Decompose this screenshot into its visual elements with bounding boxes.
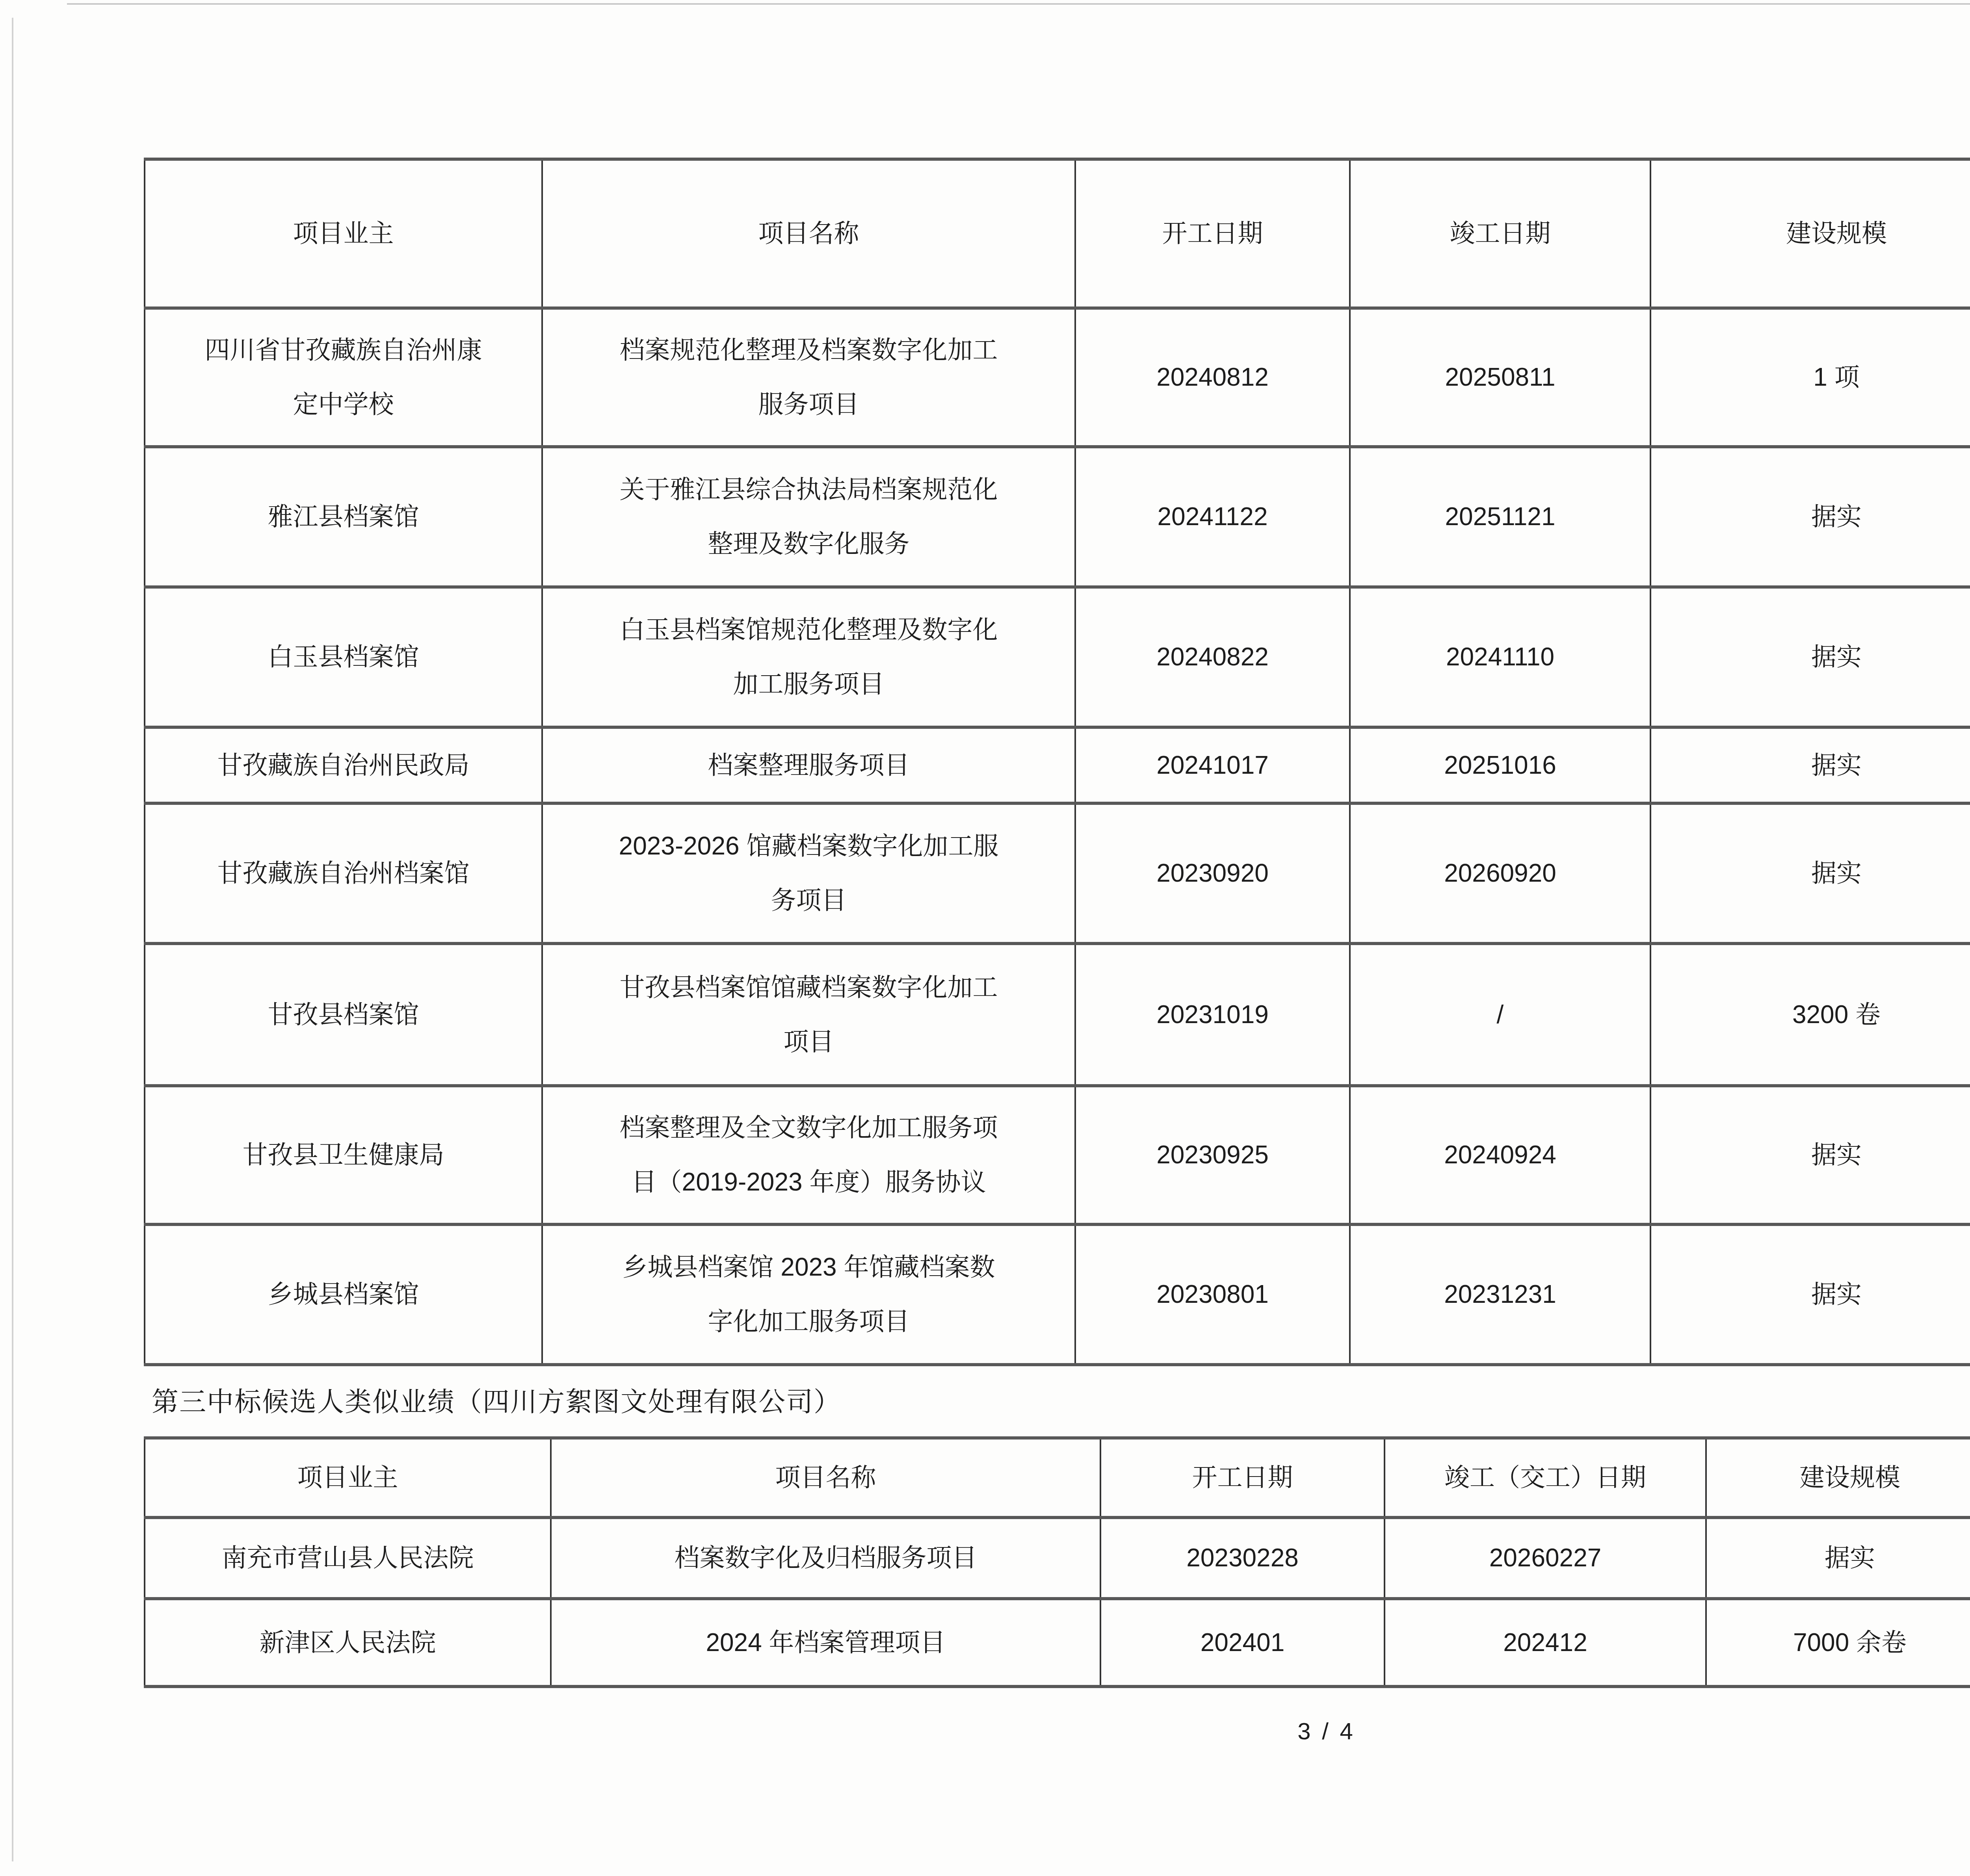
table-row: 四川省甘孜藏族自治州康 定中学校档案规范化整理及档案数字化加工 服务项目2024… — [145, 308, 1970, 447]
column-header: 开工日期 — [1100, 1438, 1385, 1518]
column-header: 建设规模 — [1650, 159, 1970, 308]
table-cell-scale: 据实 — [1650, 1086, 1970, 1224]
table-cell-scale: 据实 — [1650, 587, 1970, 727]
section-title: 第三中标候选人类似业绩（四川方絮图文处理有限公司） — [152, 1364, 1970, 1436]
table2-head: 项目业主项目名称开工日期竣工（交工）日期建设规模合同价格（元）项目负责人 — [145, 1438, 1970, 1518]
table-cell-owner: 白玉县档案馆 — [145, 587, 542, 727]
table-row: 南充市营山县人民法院档案数字化及归档服务项目2023022820260227据实… — [145, 1518, 1970, 1599]
table-row: 甘孜藏族自治州档案馆2023-2026 馆藏档案数字化加工服 务项目202309… — [145, 803, 1970, 944]
table-cell-finish: 20250811 — [1350, 308, 1650, 447]
table-cell-finish: 20260920 — [1350, 803, 1650, 944]
table-cell-scale: 据实 — [1650, 803, 1970, 944]
table-cell-scale: 1 项 — [1650, 308, 1970, 447]
table-cell-start: 20230228 — [1100, 1518, 1385, 1599]
table-cell-name: 白玉县档案馆规范化整理及数字化 加工服务项目 — [542, 587, 1075, 727]
table-cell-name: 关于雅江县综合执法局档案规范化 整理及数字化服务 — [542, 447, 1075, 587]
table-header-row: 项目业主项目名称开工日期竣工（交工）日期建设规模合同价格（元）项目负责人 — [145, 1438, 1970, 1518]
table-cell-name: 档案数字化及归档服务项目 — [551, 1518, 1100, 1599]
table-cell-scale: 据实 — [1706, 1518, 1970, 1599]
table-cell-scale: 据实 — [1650, 1224, 1970, 1365]
table-cell-owner: 甘孜县卫生健康局 — [145, 1086, 542, 1224]
table-cell-name: 2024 年档案管理项目 — [551, 1599, 1100, 1687]
table1-body: 四川省甘孜藏族自治州康 定中学校档案规范化整理及档案数字化加工 服务项目2024… — [145, 308, 1970, 1365]
page-number: 3 / 4 — [0, 1718, 1970, 1745]
table-row: 甘孜县卫生健康局档案整理及全文数字化加工服务项 目（2019-2023 年度）服… — [145, 1086, 1970, 1224]
table-cell-finish: 20231231 — [1350, 1224, 1650, 1365]
table-cell-owner: 乡城县档案馆 — [145, 1224, 542, 1365]
table-cell-start: 20231019 — [1075, 944, 1350, 1086]
table-cell-finish: / — [1350, 944, 1650, 1086]
table-cell-owner: 甘孜藏族自治州档案馆 — [145, 803, 542, 944]
table-cell-scale: 据实 — [1650, 727, 1970, 803]
table-cell-scale: 3200 卷 — [1650, 944, 1970, 1086]
table-row: 白玉县档案馆白玉县档案馆规范化整理及数字化 加工服务项目202408222024… — [145, 587, 1970, 727]
table-cell-scale: 据实 — [1650, 447, 1970, 587]
table-cell-start: 20241017 — [1075, 727, 1350, 803]
table-cell-owner: 新津区人民法院 — [145, 1599, 551, 1687]
column-header: 项目名称 — [551, 1438, 1100, 1518]
column-header: 竣工日期 — [1350, 159, 1650, 308]
table1-head: 项目业主项目名称开工日期竣工日期建设规模合同价格 （元）项目负责人 — [145, 159, 1970, 308]
table-row: 新津区人民法院2024 年档案管理项目2024012024127000 余卷74… — [145, 1599, 1970, 1687]
table-cell-name: 档案规范化整理及档案数字化加工 服务项目 — [542, 308, 1075, 447]
table-cell-name: 乡城县档案馆 2023 年馆藏档案数 字化加工服务项目 — [542, 1224, 1075, 1365]
scan-artifact-top-line — [67, 3, 1970, 5]
table-row: 雅江县档案馆关于雅江县综合执法局档案规范化 整理及数字化服务2024112220… — [145, 447, 1970, 587]
column-header: 竣工（交工）日期 — [1385, 1438, 1706, 1518]
experience-table-first: 项目业主项目名称开工日期竣工日期建设规模合同价格 （元）项目负责人 四川省甘孜藏… — [144, 158, 1970, 1366]
table-cell-start: 20230925 — [1075, 1086, 1350, 1224]
table-cell-finish: 20241110 — [1350, 587, 1650, 727]
column-header: 建设规模 — [1706, 1438, 1970, 1518]
table-cell-finish: 20251016 — [1350, 727, 1650, 803]
table-cell-owner: 南充市营山县人民法院 — [145, 1518, 551, 1599]
table-row: 甘孜县档案馆甘孜县档案馆馆藏档案数字化加工 项目20231019/3200 卷3… — [145, 944, 1970, 1086]
table-cell-name: 档案整理服务项目 — [542, 727, 1075, 803]
table-cell-owner: 雅江县档案馆 — [145, 447, 542, 587]
column-header: 项目业主 — [145, 159, 542, 308]
table-cell-finish: 20260227 — [1385, 1518, 1706, 1599]
table-cell-name: 甘孜县档案馆馆藏档案数字化加工 项目 — [542, 944, 1075, 1086]
table-cell-finish: 20251121 — [1350, 447, 1650, 587]
table2-body: 南充市营山县人民法院档案数字化及归档服务项目2023022820260227据实… — [145, 1518, 1970, 1687]
table-row: 甘孜藏族自治州民政局档案整理服务项目2024101720251016据实据实结算 — [145, 727, 1970, 803]
scan-artifact-left-line — [12, 18, 13, 1861]
table-cell-scale: 7000 余卷 — [1706, 1599, 1970, 1687]
column-header: 项目名称 — [542, 159, 1075, 308]
table-cell-owner: 甘孜藏族自治州民政局 — [145, 727, 542, 803]
scanned-document-page: 项目业主项目名称开工日期竣工日期建设规模合同价格 （元）项目负责人 四川省甘孜藏… — [0, 0, 1970, 1876]
table-cell-finish: 202412 — [1385, 1599, 1706, 1687]
table-cell-start: 20240812 — [1075, 308, 1350, 447]
table-cell-name: 2023-2026 馆藏档案数字化加工服 务项目 — [542, 803, 1075, 944]
table-cell-start: 20230801 — [1075, 1224, 1350, 1365]
table-cell-start: 20230920 — [1075, 803, 1350, 944]
table-cell-name: 档案整理及全文数字化加工服务项 目（2019-2023 年度）服务协议 — [542, 1086, 1075, 1224]
experience-table-second: 项目业主项目名称开工日期竣工（交工）日期建设规模合同价格（元）项目负责人 南充市… — [144, 1436, 1970, 1688]
column-header: 开工日期 — [1075, 159, 1350, 308]
table-cell-owner: 四川省甘孜藏族自治州康 定中学校 — [145, 308, 542, 447]
table-cell-finish: 20240924 — [1350, 1086, 1650, 1224]
table-row: 乡城县档案馆乡城县档案馆 2023 年馆藏档案数 字化加工服务项目2023080… — [145, 1224, 1970, 1365]
table-cell-start: 202401 — [1100, 1599, 1385, 1687]
table-cell-owner: 甘孜县档案馆 — [145, 944, 542, 1086]
column-header: 项目业主 — [145, 1438, 551, 1518]
table-cell-start: 20241122 — [1075, 447, 1350, 587]
table-cell-start: 20240822 — [1075, 587, 1350, 727]
table-header-row: 项目业主项目名称开工日期竣工日期建设规模合同价格 （元）项目负责人 — [145, 159, 1970, 308]
